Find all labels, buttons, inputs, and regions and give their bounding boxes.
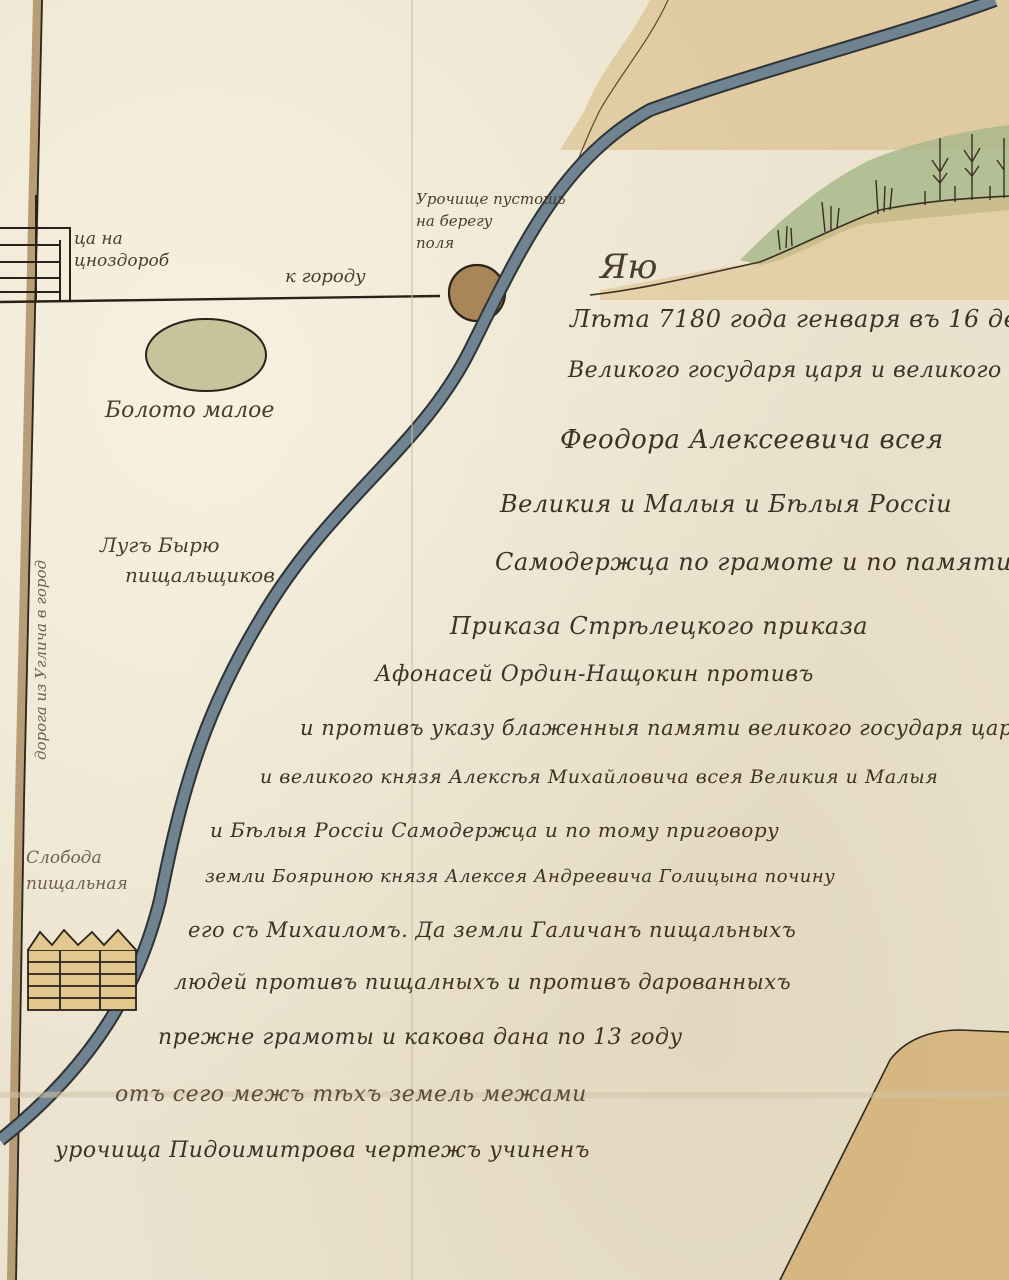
label-road-vertical: дорога из Углича в город (34, 560, 49, 760)
label-ravine-line1: Лугъ Бырю (100, 530, 275, 560)
label-sloboda-line1: Слобода (26, 845, 128, 871)
label-settlement-line1: Урочище пустошь (416, 188, 566, 210)
document-line-2: Великого государя царя и великого князя (568, 358, 1009, 383)
document-line-11: земли Бояриною князя Алексея Андреевича … (205, 866, 835, 887)
label-sloboda: Слобода пищальная (26, 845, 128, 897)
document-line-10: и Бѣлыя Россіи Самодержца и по тому приг… (210, 818, 779, 842)
sand-area-bottom (780, 1030, 1009, 1280)
label-ravine-line2: пищальщиков (100, 560, 275, 590)
label-lake: Болото малое (105, 400, 274, 422)
road-horizontal (0, 296, 440, 302)
city-gate-icon (0, 195, 70, 302)
label-from-city: к городу (285, 268, 366, 286)
document-line-15: отъ сего межъ тѣхъ земель межами (115, 1082, 587, 1107)
label-sloboda-line2: пищальная (26, 871, 128, 897)
label-city-gate-line1: ца на (74, 228, 169, 250)
label-city-gate: ца на цноздороб (74, 228, 169, 272)
document-line-8: и противъ указу блаженныя памяти великог… (300, 716, 1009, 740)
document-line-3: Феодора Алексеевича всея (560, 425, 944, 455)
label-settlement-line2: на берегу (416, 210, 566, 232)
document-line-14: прежне грамоты и какова дана по 13 году (158, 1025, 683, 1050)
historical-map: ца на цноздороб к городу Урочище пустошь… (0, 0, 1009, 1280)
document-line-9: и великого князя Алексѣя Михайловича все… (260, 766, 938, 788)
document-line-5: Самодержца по грамоте и по памяти (495, 548, 1009, 576)
label-settlement-line3: поля (416, 232, 566, 254)
label-city-gate-line2: цноздороб (74, 250, 169, 272)
fortress-icon (28, 930, 136, 1010)
document-line-13: людей противъ пищалныхъ и противъ дарова… (174, 970, 791, 994)
label-ravine: Лугъ Бырю пищальщиков (100, 530, 275, 590)
document-line-1: Лѣта 7180 года генваря въ 16 день (570, 305, 1009, 333)
document-line-4: Великия и Малыя и Бѣлыя Россіи (500, 490, 952, 518)
label-settlement-note: Урочище пустошь на берегу поля (416, 188, 566, 254)
lake (146, 319, 266, 391)
document-line-16: урочища Пидоимитрова чертежъ учиненъ (55, 1138, 590, 1163)
label-corner-letters: Яю (600, 250, 657, 284)
document-line-7: Афонасей Ордин-Нащокин противъ (375, 662, 814, 687)
document-line-12: его съ Михаиломъ. Да земли Галичанъ пища… (188, 918, 796, 942)
document-line-6: Приказа Стрѣлецкого приказа (450, 612, 868, 640)
